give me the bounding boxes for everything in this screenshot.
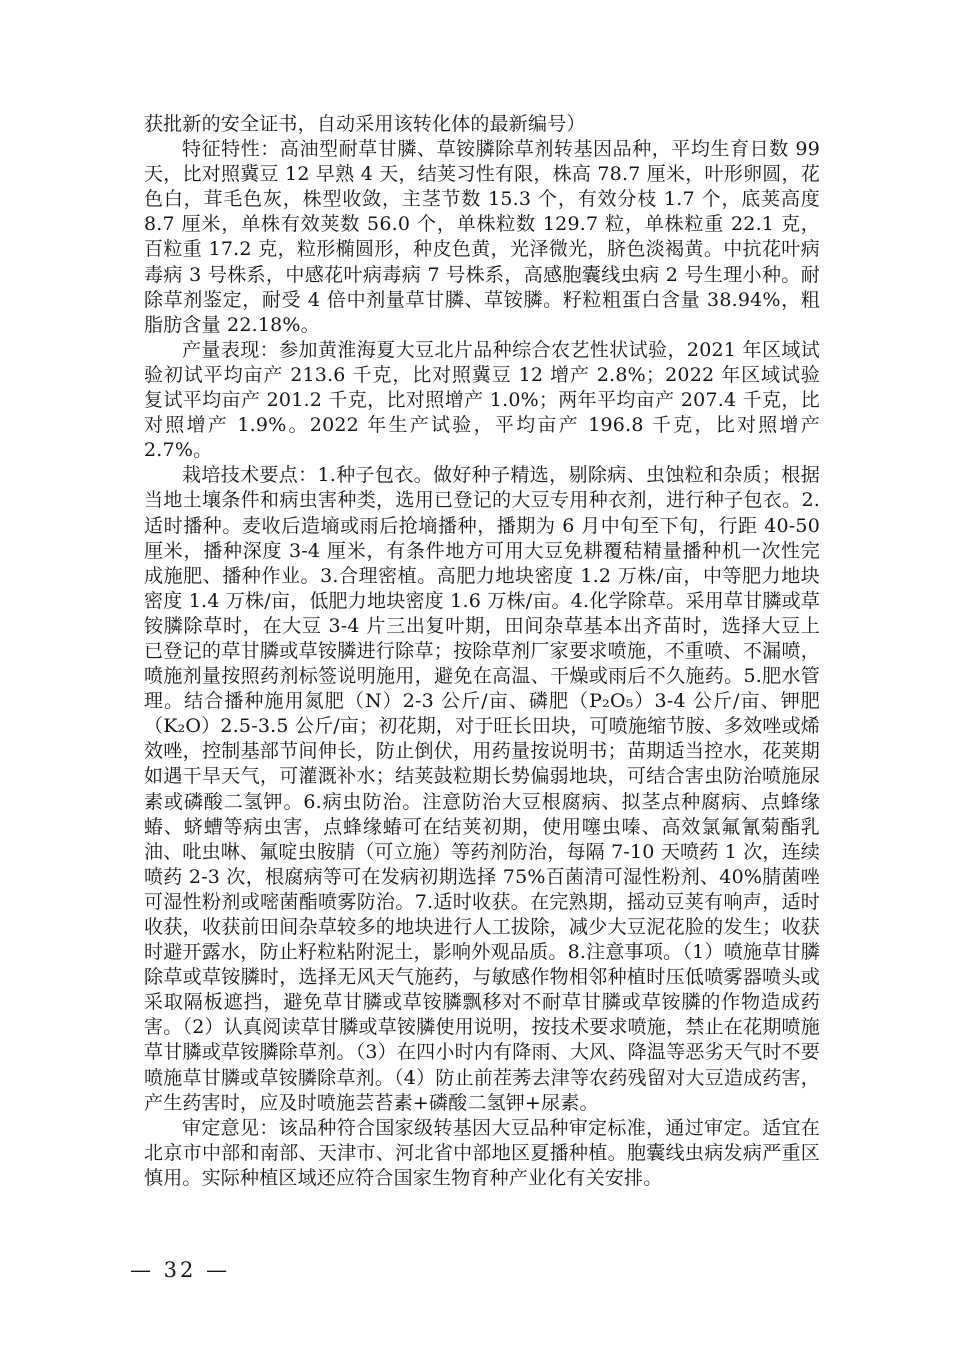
paragraph-continuation: 获批新的安全证书，自动采用该转化体的最新编号） (144, 112, 820, 137)
paragraph-cultivation-techniques: 栽培技术要点：1.种子包衣。做好种子精选，剔除病、虫蚀粒和杂质；根据当地土壤条件… (144, 463, 820, 1115)
paragraph-characteristics: 特征特性：高油型耐草甘膦、草铵膦除草剂转基因品种，平均生育日数 99 天，比对照… (144, 137, 820, 338)
paragraph-certification-opinion: 审定意见：该品种符合国家级转基因大豆品种审定标准，通过审定。适宜在北京市中部和南… (144, 1116, 820, 1191)
document-page: 获批新的安全证书，自动采用该转化体的最新编号） 特征特性：高油型耐草甘膦、草铵膦… (0, 0, 960, 1358)
paragraph-yield-performance: 产量表现：参加黄淮海夏大豆北片品种综合农艺性状试验，2021 年区域试验初试平均… (144, 338, 820, 463)
page-number: — 32 — (130, 1258, 230, 1282)
document-body: 获批新的安全证书，自动采用该转化体的最新编号） 特征特性：高油型耐草甘膦、草铵膦… (144, 112, 820, 1191)
